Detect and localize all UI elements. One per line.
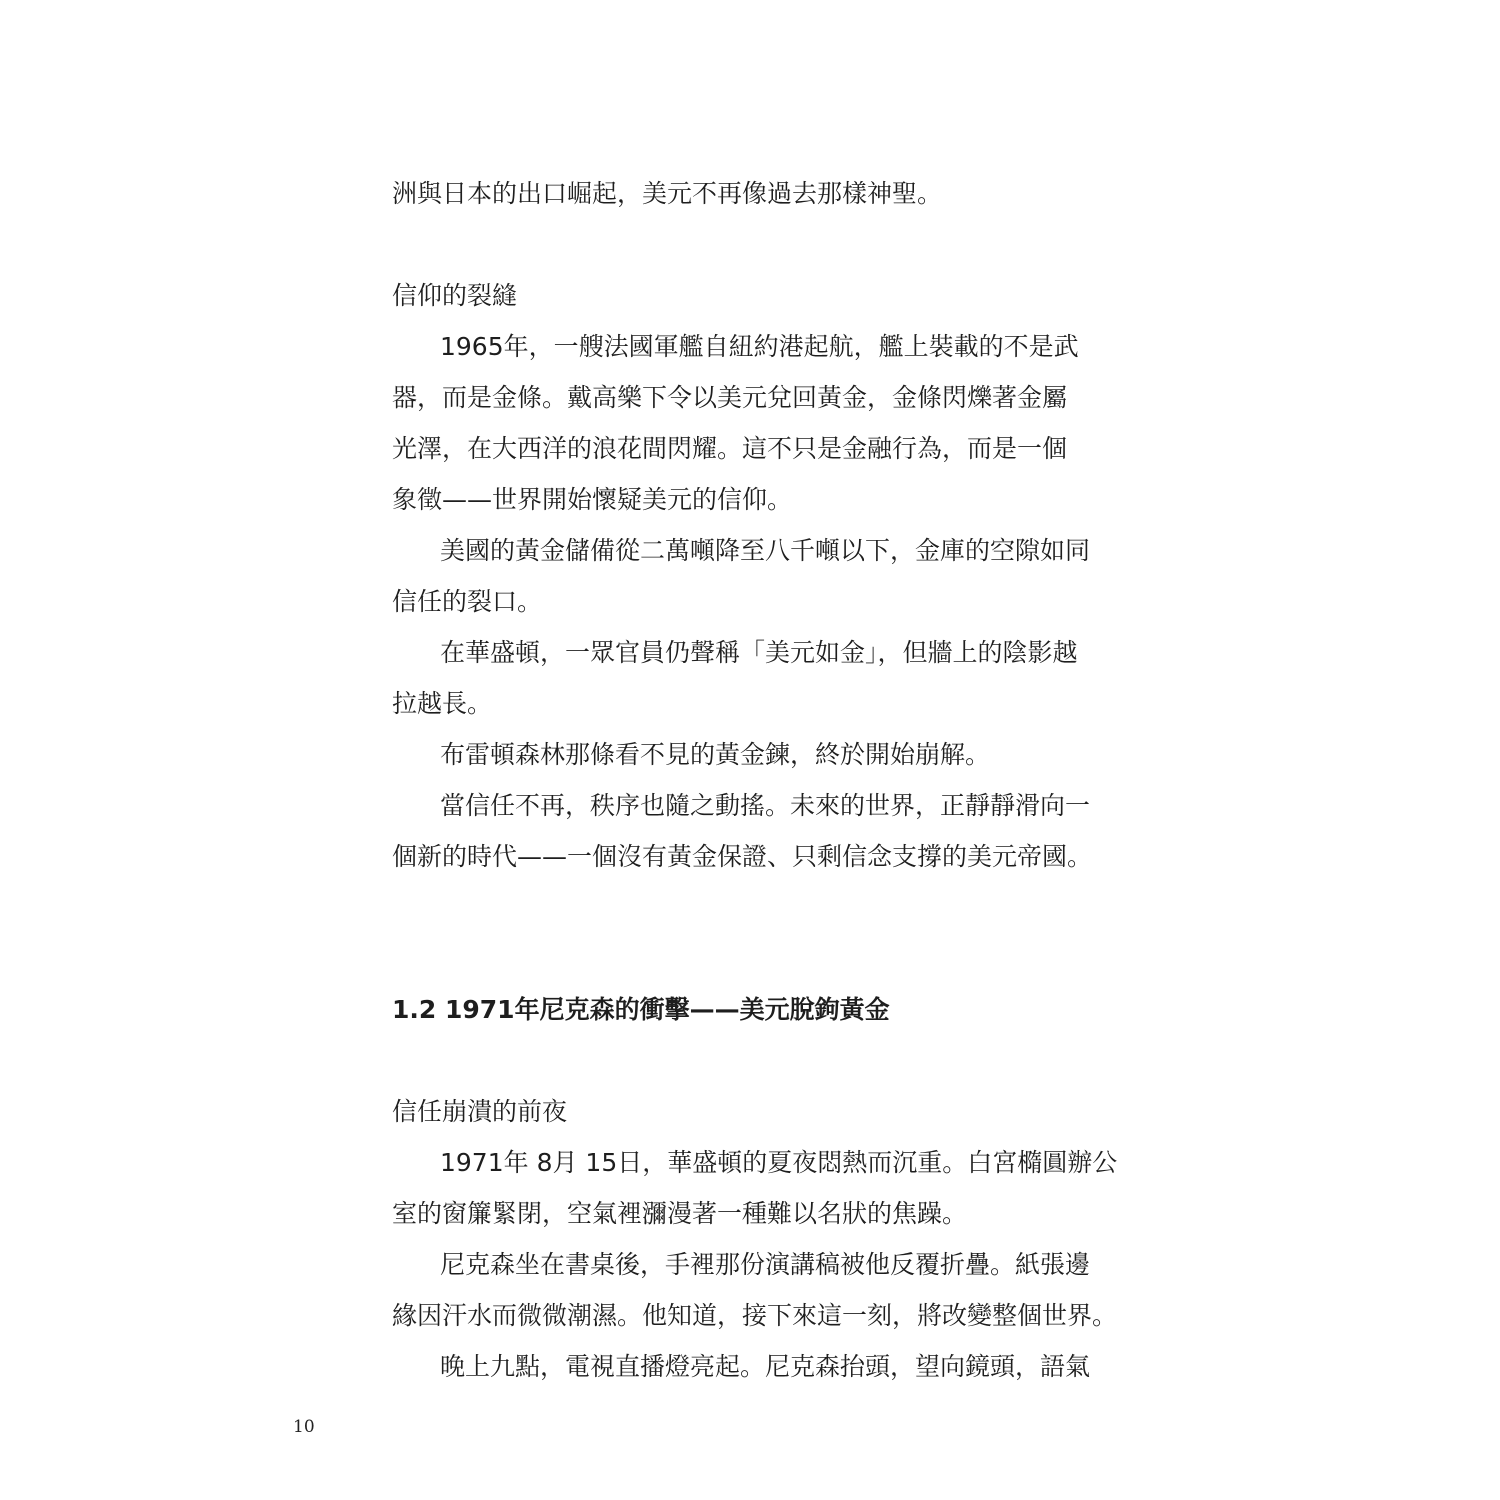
page-number: 10 [293,1417,315,1437]
paragraph-line: 布雷頓森林那條看不見的黃金鍊，終於開始崩解。 [392,729,1112,780]
text-column: 洲與日本的出口崛起，美元不再像過去那樣神聖。 信仰的裂縫 1965年，一艘法國軍… [392,168,1112,1392]
paragraph-line: 1971年 8月 15日，華盛頓的夏夜悶熱而沉重。白宮橢圓辦公 [392,1137,1112,1188]
paragraph-line: 當信任不再，秩序也隨之動搖。未來的世界，正靜靜滑向一 [392,780,1112,831]
paragraph-line: 器，而是金條。戴高樂下令以美元兌回黃金，金條閃爍著金屬 [392,372,1112,423]
paragraph-line: 信任的裂口。 [392,576,1112,627]
paragraph-line: 1965年，一艘法國軍艦自紐約港起航，艦上裝載的不是武 [392,321,1112,372]
subheading-eve-of-collapse: 信任崩潰的前夜 [392,1086,1112,1137]
document-page: 洲與日本的出口崛起，美元不再像過去那樣神聖。 信仰的裂縫 1965年，一艘法國軍… [0,0,1500,1500]
paragraph-line: 在華盛頓，一眾官員仍聲稱「美元如金」，但牆上的陰影越 [392,627,1112,678]
continuation-line: 洲與日本的出口崛起，美元不再像過去那樣神聖。 [392,168,1112,219]
paragraph-line: 拉越長。 [392,678,1112,729]
paragraph-line: 緣因汗水而微微潮濕。他知道，接下來這一刻，將改變整個世界。 [392,1290,1112,1341]
paragraph-line: 室的窗簾緊閉，空氣裡瀰漫著一種難以名狀的焦躁。 [392,1188,1112,1239]
subheading-faith-crack: 信仰的裂縫 [392,270,1112,321]
paragraph-line: 美國的黃金儲備從二萬噸降至八千噸以下，金庫的空隙如同 [392,525,1112,576]
paragraph-line: 尼克森坐在書桌後，手裡那份演講稿被他反覆折疊。紙張邊 [392,1239,1112,1290]
paragraph-line: 象徵——世界開始懷疑美元的信仰。 [392,474,1112,525]
paragraph-line: 晚上九點，電視直播燈亮起。尼克森抬頭，望向鏡頭，語氣 [392,1341,1112,1392]
paragraph-line: 光澤，在大西洋的浪花間閃耀。這不只是金融行為，而是一個 [392,423,1112,474]
section-title: 1.2 1971年尼克森的衝擊——美元脫鉤黃金 [392,984,1112,1035]
paragraph-line: 個新的時代——一個沒有黃金保證、只剩信念支撐的美元帝國。 [392,831,1112,882]
